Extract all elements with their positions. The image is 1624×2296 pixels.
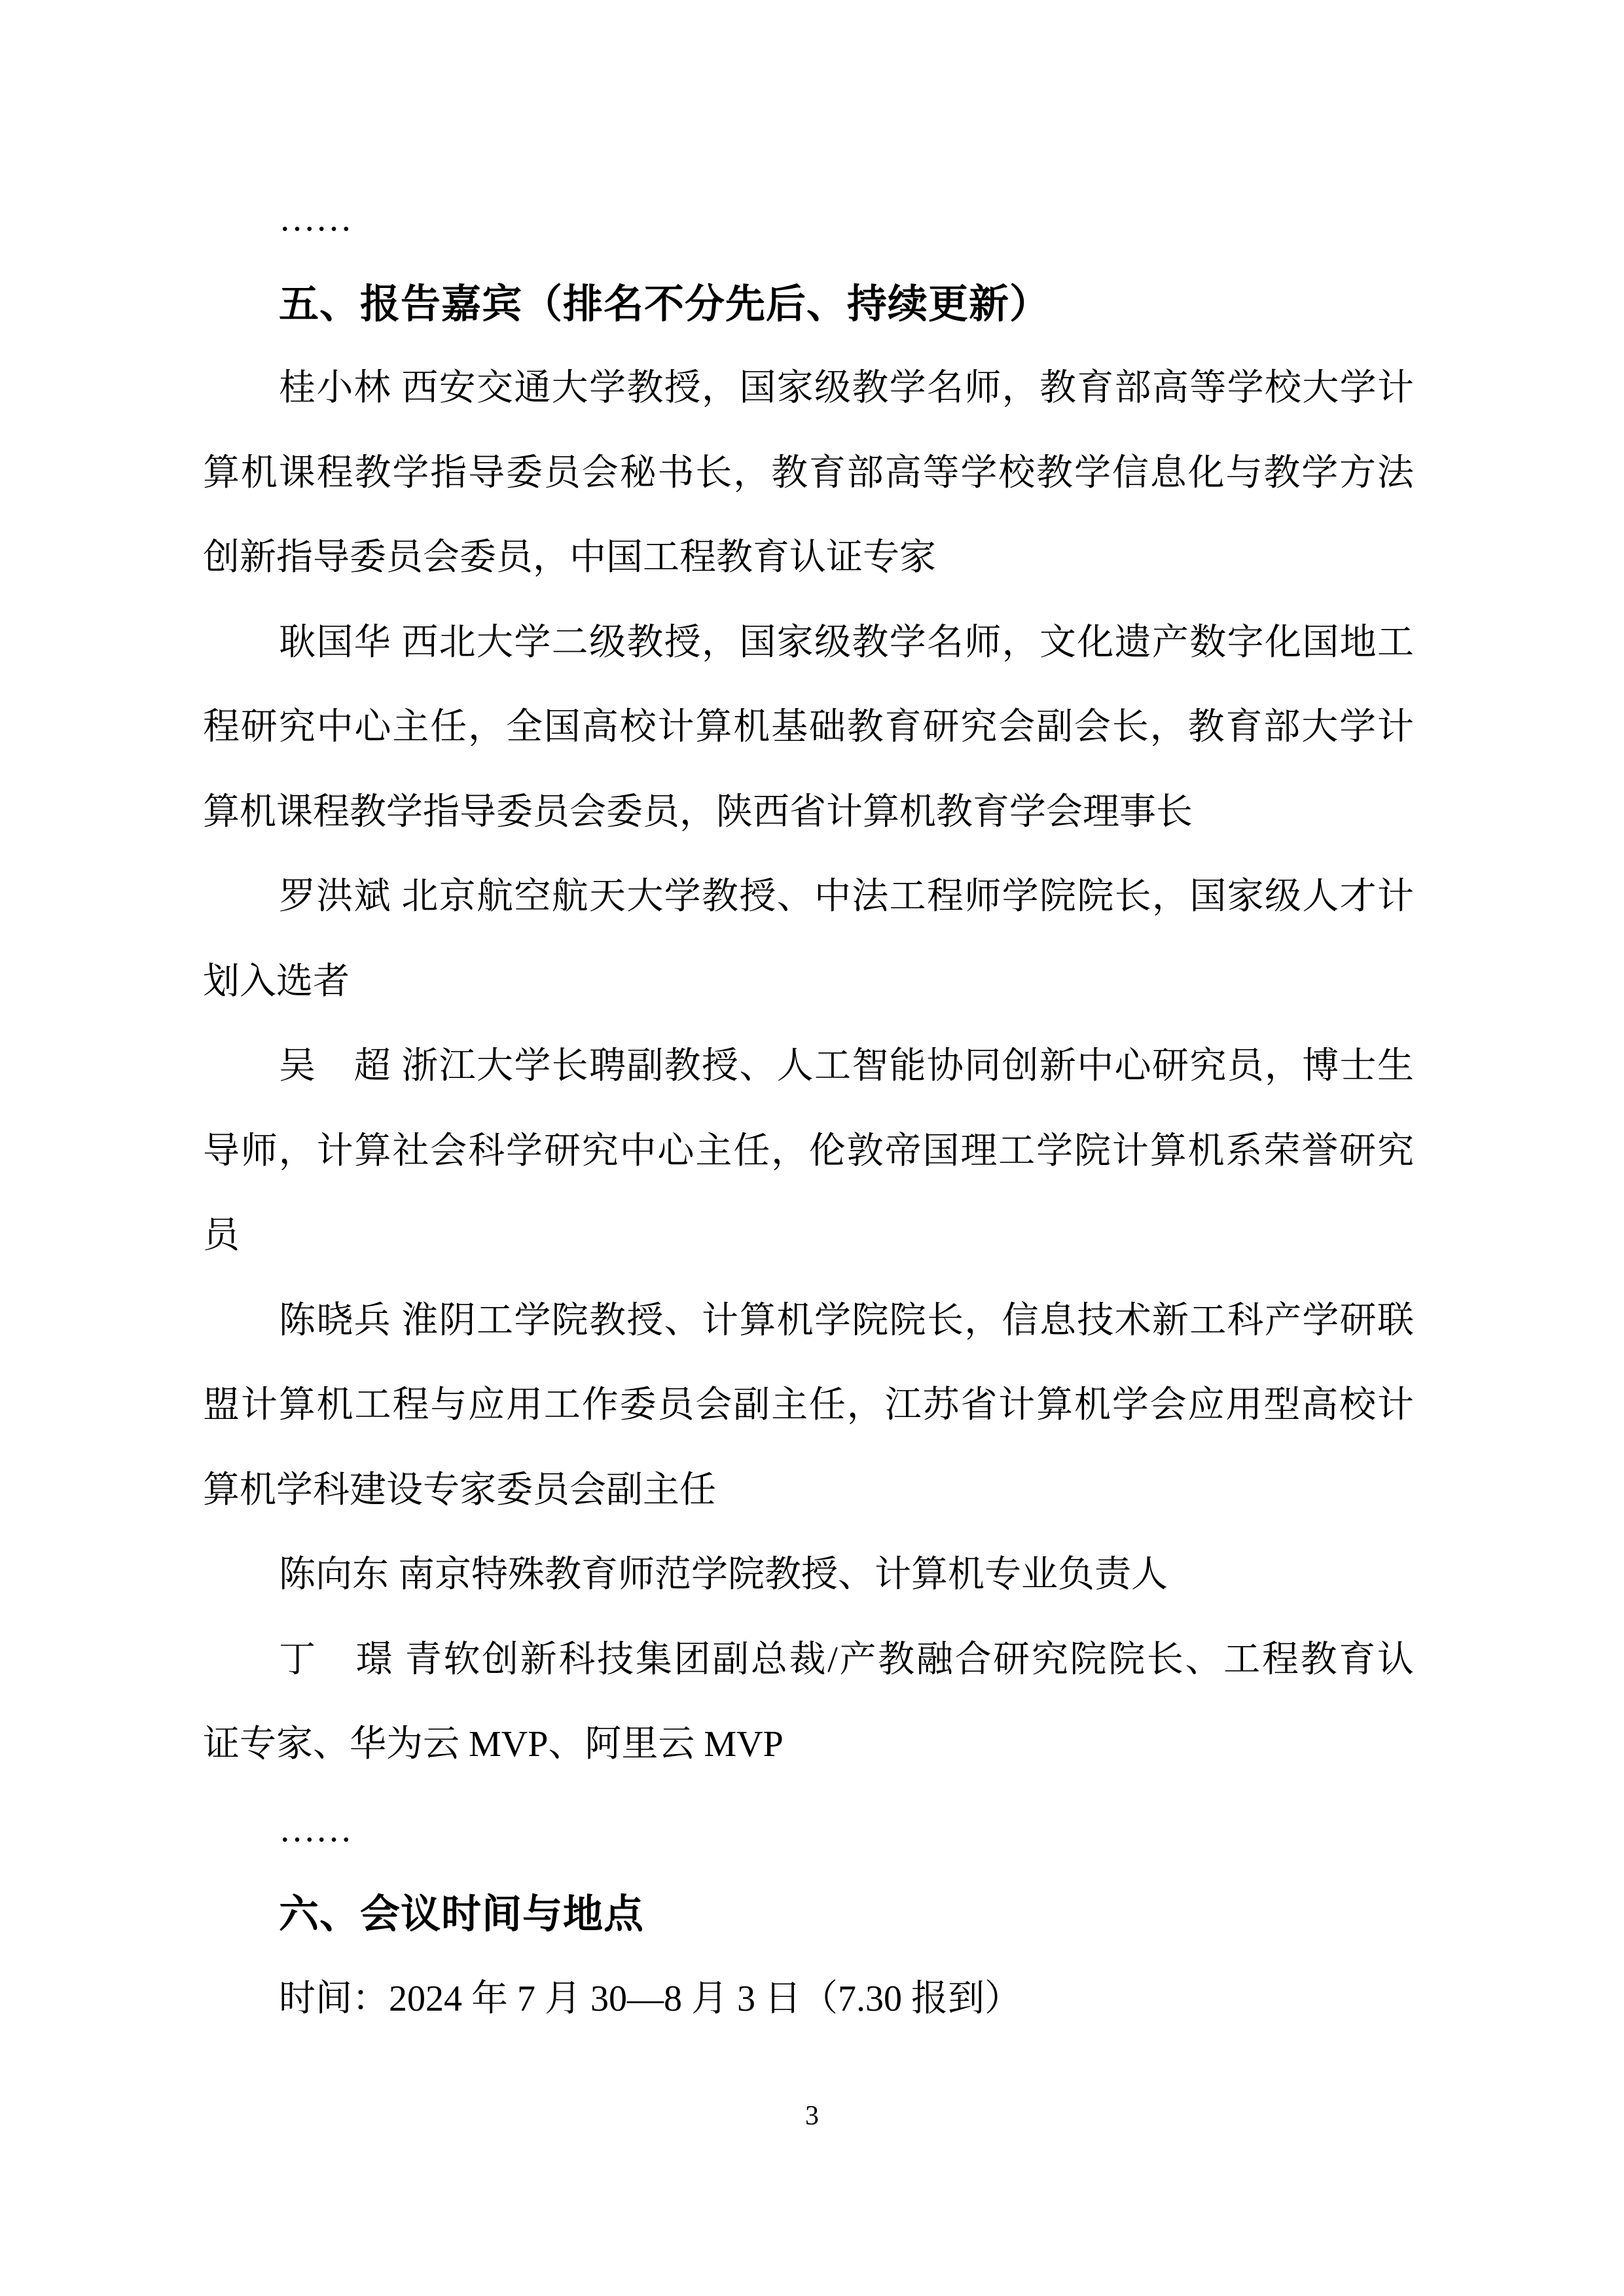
speaker-paragraph-gengguohua: 耿国华 西北大学二级教授，国家级教学名师，文化遗产数字化国地工 程研究中心主任，… [203,601,1414,855]
document-body: …… 五、报告嘉宾（排名不分先后、持续更新） 桂小林 西安交通大学教授，国家级教… [203,177,1414,2041]
section6-heading: 六、会议时间与地点 [203,1872,1414,1957]
speaker-paragraph-guixiaolin: 桂小林 西安交通大学教授，国家级教学名师，教育部高等学校大学计 算机课程教学指导… [203,346,1414,601]
speaker-paragraph-dingjing: 丁 璟 青软创新科技集团副总裁/产教融合研究院院长、工程教育认 证专家、华为云 … [203,1618,1414,1787]
page-number: 3 [0,2098,1624,2134]
paragraph-line: 陈向东 南京特殊教育师范学院教授、计算机专业负责人 [203,1533,1414,1618]
paragraph-line: 导师，计算社会科学研究中心主任，伦敦帝国理工学院计算机系荣誉研究 [203,1109,1414,1194]
paragraph-line: 吴 超 浙江大学长聘副教授、人工智能协同创新中心研究员，博士生 [203,1024,1414,1109]
paragraph-line: 罗洪斌 北京航空航天大学教授、中法工程师学院院长，国家级人才计 [203,855,1414,940]
paragraph-line: 丁 璟 青软创新科技集团副总裁/产教融合研究院院长、工程教育认 [203,1618,1414,1703]
ellipsis-top: …… [203,177,1414,262]
ellipsis-bottom: …… [203,1787,1414,1873]
section5-heading: 五、报告嘉宾（排名不分先后、持续更新） [203,262,1414,347]
paragraph-line: 员 [203,1194,1414,1279]
speaker-paragraph-chenxiangdong: 陈向东 南京特殊教育师范学院教授、计算机专业负责人 [203,1533,1414,1618]
paragraph-line: 程研究中心主任，全国高校计算机基础教育研究会副会长，教育部大学计 [203,685,1414,770]
paragraph-line: 算机课程教学指导委员会委员，陕西省计算机教育学会理事长 [203,770,1414,855]
paragraph-line: 耿国华 西北大学二级教授，国家级教学名师，文化遗产数字化国地工 [203,601,1414,686]
speaker-paragraph-chenxiaobing: 陈晓兵 淮阴工学院教授、计算机学院院长，信息技术新工科产学研联 盟计算机工程与应… [203,1279,1414,1534]
paragraph-line: 陈晓兵 淮阴工学院教授、计算机学院院长，信息技术新工科产学研联 [203,1279,1414,1364]
speaker-paragraph-wuchao: 吴 超 浙江大学长聘副教授、人工智能协同创新中心研究员，博士生 导师，计算社会科… [203,1024,1414,1279]
document-page: …… 五、报告嘉宾（排名不分先后、持续更新） 桂小林 西安交通大学教授，国家级教… [0,0,1624,2296]
paragraph-line: 划入选者 [203,940,1414,1025]
paragraph-line: 算机课程教学指导委员会秘书长，教育部高等学校教学信息化与教学方法 [203,431,1414,516]
paragraph-line: 算机学科建设专家委员会副主任 [203,1448,1414,1534]
paragraph-line: 盟计算机工程与应用工作委员会副主任，江苏省计算机学会应用型高校计 [203,1363,1414,1448]
paragraph-line: 创新指导委员会委员，中国工程教育认证专家 [203,516,1414,601]
paragraph-line: 桂小林 西安交通大学教授，国家级教学名师，教育部高等学校大学计 [203,346,1414,431]
paragraph-line: 证专家、华为云 MVP、阿里云 MVP [203,1702,1414,1787]
speaker-paragraph-luohongbin: 罗洪斌 北京航空航天大学教授、中法工程师学院院长，国家级人才计 划入选者 [203,855,1414,1024]
meeting-time-line: 时间：2024 年 7 月 30—8 月 3 日（7.30 报到） [203,1957,1414,2042]
